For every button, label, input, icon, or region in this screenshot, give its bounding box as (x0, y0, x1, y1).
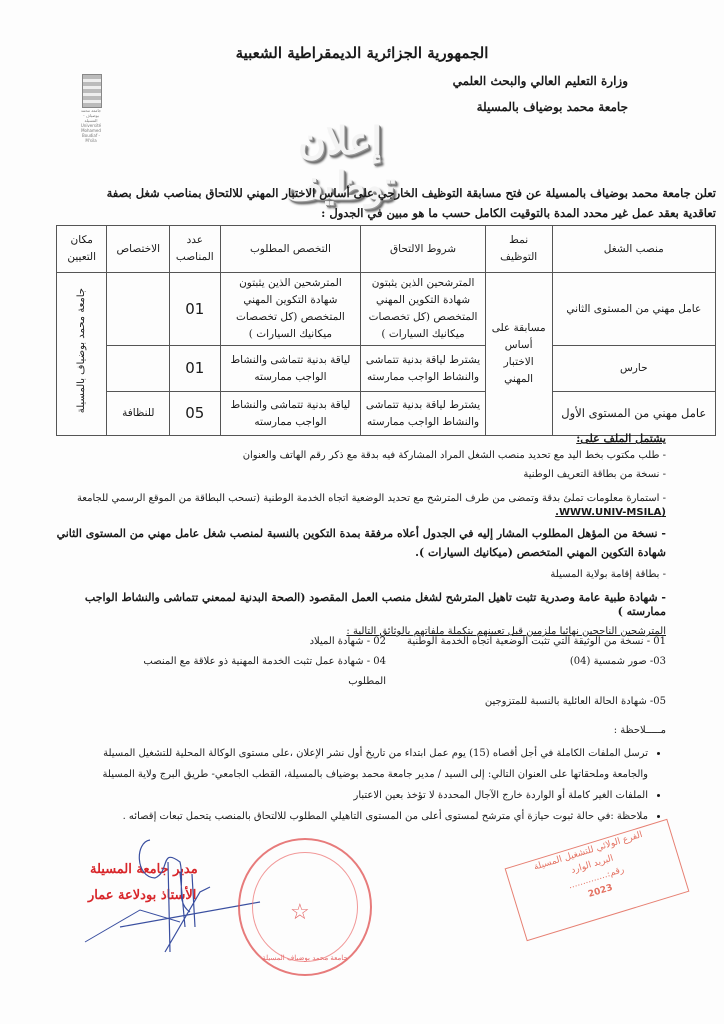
cell-specialty: المترشحين الذين يثبتون شهادة التكوين الم… (220, 273, 361, 346)
cell-conditions: يشترط لياقة بدنية تتماشى والنشاط الواجب … (361, 346, 485, 392)
cell-field: للنظافة (107, 392, 170, 436)
file-item: - بطاقة إقامة بولاية المسيلة (46, 568, 666, 582)
file-heading: يشتمل الملف على: (46, 432, 666, 446)
cell-specialty: لياقة بدنية تتماشى والنشاط الواجب ممارست… (220, 346, 361, 392)
header-mode: نمط التوظيف (485, 226, 552, 273)
cell-count: 01 (170, 273, 220, 346)
header-specialty: التخصص المطلوب (220, 226, 361, 273)
table-row: عامل مهني من المستوى الثاني مسابقة على أ… (57, 273, 716, 346)
document-page: الجمهورية الجزائرية الديمقراطية الشعبية … (0, 0, 724, 1024)
file-item: - نسخة من المؤهل المطلوب المشار إليه في … (46, 524, 666, 562)
cell-conditions: المترشحين الذين يثبتون شهادة التكوين الم… (361, 273, 485, 346)
note-item: الملفات الغير كاملة أو الواردة خارج الآج… (66, 785, 648, 806)
intro-paragraph: تعلن جامعة محمد بوضياف بالمسيلة عن فتح م… (104, 183, 716, 223)
positions-table: منصب الشغل نمط التوظيف شروط الالتحاق الت… (56, 225, 716, 436)
cell-mode: مسابقة على أساس الاختبار المهني (485, 273, 552, 436)
table-row: عامل مهني من المستوى الأول يشترط لياقة ب… (57, 392, 716, 436)
seal-text: جامعة محمد بوضياف المسيلة (240, 954, 370, 962)
official-seal: ☆ جامعة محمد بوضياف المسيلة (238, 838, 372, 976)
file-item: - نسخة من بطاقة التعريف الوطنية (46, 468, 666, 482)
header-field: الاختصاص (107, 226, 170, 273)
star-icon: ☆ (290, 900, 310, 925)
file-item: - طلب مكتوب بخط اليد مع تحديد منصب الشغل… (46, 449, 666, 463)
received-stamp: الفرع الولائي للتشغيل المسيلة البريد الو… (505, 819, 690, 941)
building-icon (82, 74, 102, 108)
republic-heading: الجمهورية الجزائرية الديمقراطية الشعبية (0, 44, 724, 62)
university-name: جامعة محمد بوضياف بالمسيلة (477, 100, 628, 114)
notes-heading: مـــــلاحظة : (66, 720, 666, 741)
cell-placement: جامعة محمد بوضياف بالمسيلة (57, 273, 107, 436)
document-item: 05- شهادة الحالة العائلية بالنسبة للمتزو… (386, 692, 666, 712)
cell-field (107, 273, 170, 346)
cell-count: 01 (170, 346, 220, 392)
document-item: 02 - شهادة الميلاد (106, 632, 386, 652)
file-item: - شهادة طبية عامة وصدرية تثبت تاهيل المت… (46, 591, 666, 619)
document-item: 04 - شهادة عمل تثبت الخدمة المهنية ذو عل… (106, 652, 386, 692)
notes-section: مـــــلاحظة : ترسل الملفات الكاملة في أج… (66, 720, 666, 827)
note-item: ترسل الملفات الكاملة في أجل أقصاه (15) ي… (66, 743, 648, 785)
website-link[interactable]: (WWW.UNIV-MSILA. (555, 507, 666, 518)
ministry-name: وزارة التعليم العالي والبحث العلمي (453, 74, 628, 88)
document-item: 03- صور شمسية (04) (386, 652, 666, 692)
header-position: منصب الشغل (552, 226, 715, 273)
cell-position: حارس (552, 346, 715, 392)
file-item: - استمارة معلومات تملئ بدقة وتمضى من طرف… (46, 492, 666, 520)
cell-count: 05 (170, 392, 220, 436)
note-item: ملاحظة :في حالة ثبوت حيازة أي مترشح لمست… (66, 806, 648, 827)
header-count: عدد المناصب (170, 226, 220, 273)
cell-field (107, 346, 170, 392)
cell-position: عامل مهني من المستوى الثاني (552, 273, 715, 346)
table-row: حارس يشترط لياقة بدنية تتماشى والنشاط ال… (57, 346, 716, 392)
file-contents: يشتمل الملف على: - طلب مكتوب بخط اليد مع… (46, 432, 666, 639)
cell-specialty: لياقة بدنية تتماشى والنشاط الواجب ممارست… (220, 392, 361, 436)
cell-conditions: يشترط لياقة بدنية تتماشى والنشاط الواجب … (361, 392, 485, 436)
header-conditions: شروط الالتحاق (361, 226, 485, 273)
document-item: 01 - نسخة من الوثيقة التي تثبت الوضعية ا… (386, 632, 666, 652)
cell-position: عامل مهني من المستوى الأول (552, 392, 715, 436)
placement-text: جامعة محمد بوضياف بالمسيلة (73, 288, 90, 413)
university-logo: جامعة محمد بوضياف - المسيلة Université M… (76, 74, 106, 118)
header-placement: مكان التعيين (57, 226, 107, 273)
required-documents: 01 - نسخة من الوثيقة التي تثبت الوضعية ا… (106, 632, 666, 712)
logo-caption: جامعة محمد بوضياف - المسيلة Université M… (76, 108, 106, 143)
